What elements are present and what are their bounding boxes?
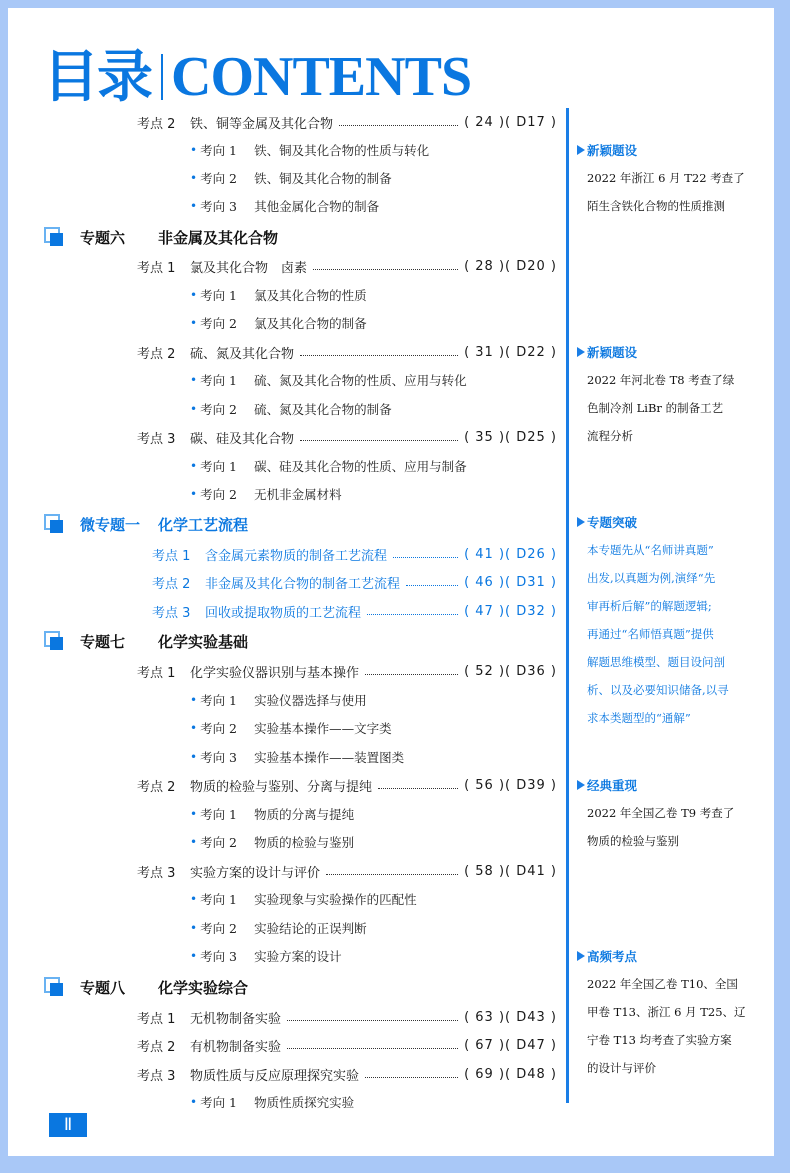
toc-kaodian[interactable]: 考点 2铁、铜等金属及其化合物( 24 )( D17 ) [137, 112, 557, 132]
leader-dots [287, 1020, 458, 1021]
pointer-triangle-icon [577, 780, 585, 790]
bullet-icon: • [190, 807, 197, 821]
bullet-icon: • [190, 487, 197, 501]
topic-squares-icon [44, 227, 66, 247]
toc-kaodian[interactable]: 考点 1无机物制备实验( 63 )( D43 ) [137, 1007, 557, 1027]
toc-kaoxiang[interactable]: •考向 3实验方案的设计 [190, 946, 342, 966]
leader-dots [339, 125, 458, 126]
pointer-triangle-icon [577, 347, 585, 357]
page-number: Ⅱ [49, 1113, 87, 1137]
bullet-icon: • [190, 199, 197, 213]
leader-dots [300, 440, 458, 441]
topic-squares-icon [44, 631, 66, 651]
toc-kaodian[interactable]: 考点 3回收或提取物质的工艺流程( 47 )( D32 ) [152, 601, 557, 621]
title-en: CONTENTS [171, 49, 471, 105]
leader-dots [326, 874, 458, 875]
toc-kaodian[interactable]: 考点 3物质性质与反应原理探究实验( 69 )( D48 ) [137, 1064, 557, 1084]
toc-kaoxiang[interactable]: •考向 1实验现象与实验操作的匹配性 [190, 889, 417, 909]
toc-kaoxiang[interactable]: •考向 3实验基本操作——装置图类 [190, 747, 404, 767]
bullet-icon: • [190, 750, 197, 764]
note-topic-breakthrough: 专题突破 本专题先从“名师讲真题”出发,以真题为例,演绎“先审再析后解”的解题逻… [578, 512, 758, 732]
leader-dots [365, 674, 458, 675]
toc-kaoxiang[interactable]: •考向 1硫、氮及其化合物的性质、应用与转化 [190, 370, 467, 390]
topic-squares-icon [44, 977, 66, 997]
toc-kaoxiang[interactable]: •考向 1碳、硅及其化合物的性质、应用与制备 [190, 456, 467, 476]
bullet-icon: • [190, 288, 197, 302]
note-new-design-1: 新颖题设 2022 年浙江 6 月 T22 考查了陌生含铁化合物的性质推测 [578, 140, 758, 220]
toc-kaoxiang[interactable]: •考向 1物质的分离与提纯 [190, 804, 354, 824]
toc-kaoxiang[interactable]: •考向 1氯及其化合物的性质 [190, 285, 367, 305]
bullet-icon: • [190, 316, 197, 330]
toc-kaoxiang[interactable]: •考向 3其他金属化合物的制备 [190, 196, 379, 216]
bullet-icon: • [190, 892, 197, 906]
sidebar-divider [566, 108, 569, 1103]
toc-kaoxiang[interactable]: •考向 1铁、铜及其化合物的性质与转化 [190, 140, 429, 160]
toc-topic-8[interactable]: 专题八化学实验综合 [44, 975, 248, 999]
bullet-icon: • [190, 143, 197, 157]
toc-kaodian[interactable]: 考点 1含金属元素物质的制备工艺流程( 41 )( D26 ) [152, 544, 557, 564]
bullet-icon: • [190, 921, 197, 935]
title-cn: 目录 [43, 49, 151, 105]
title-divider [161, 54, 163, 100]
toc-kaodian[interactable]: 考点 2非金属及其化合物的制备工艺流程( 46 )( D31 ) [152, 572, 557, 592]
toc-kaoxiang[interactable]: •考向 2硫、氮及其化合物的制备 [190, 399, 392, 419]
bullet-icon: • [190, 835, 197, 849]
toc-kaoxiang[interactable]: •考向 2物质的检验与鉴别 [190, 832, 354, 852]
leader-dots [287, 1048, 458, 1049]
bullet-icon: • [190, 1095, 197, 1109]
toc-kaoxiang[interactable]: •考向 1实验仪器选择与使用 [190, 690, 367, 710]
toc-topic-6[interactable]: 专题六非金属及其化合物 [44, 225, 278, 249]
note-classic-replay: 经典重现 2022 年全国乙卷 T9 考查了物质的检验与鉴别 [578, 775, 758, 855]
toc-kaodian[interactable]: 考点 1氯及其化合物 卤素( 28 )( D20 ) [137, 256, 557, 276]
pointer-triangle-icon [577, 951, 585, 961]
leader-dots [378, 788, 458, 789]
toc-micro-topic-1[interactable]: 微专题一化学工艺流程 [44, 512, 248, 536]
note-high-frequency: 高频考点 2022 年全国乙卷 T10、全国甲卷 T13、浙江 6 月 T25、… [578, 946, 758, 1082]
toc-kaodian[interactable]: 考点 2物质的检验与鉴别、分离与提纯( 56 )( D39 ) [137, 775, 557, 795]
toc-kaodian[interactable]: 考点 1化学实验仪器识别与基本操作( 52 )( D36 ) [137, 661, 557, 681]
leader-dots [313, 269, 458, 270]
leader-dots [300, 355, 458, 356]
toc-kaodian[interactable]: 考点 3碳、硅及其化合物( 35 )( D25 ) [137, 427, 557, 447]
leader-dots [406, 585, 458, 586]
leader-dots [393, 557, 458, 558]
toc-kaodian[interactable]: 考点 2硫、氮及其化合物( 31 )( D22 ) [137, 342, 557, 362]
bullet-icon: • [190, 949, 197, 963]
toc-kaoxiang[interactable]: •考向 2氯及其化合物的制备 [190, 313, 367, 333]
leader-dots [367, 614, 458, 615]
pointer-triangle-icon [577, 145, 585, 155]
toc-kaodian[interactable]: 考点 2有机物制备实验( 67 )( D47 ) [137, 1035, 557, 1055]
bullet-icon: • [190, 171, 197, 185]
bullet-icon: • [190, 402, 197, 416]
note-new-design-2: 新颖题设 2022 年河北卷 T8 考查了绿色制冷剂 LiBr 的制备工艺流程分… [578, 342, 758, 450]
bullet-icon: • [190, 459, 197, 473]
bullet-icon: • [190, 693, 197, 707]
toc-kaodian[interactable]: 考点 3实验方案的设计与评价( 58 )( D41 ) [137, 861, 557, 881]
leader-dots [365, 1077, 458, 1078]
pointer-triangle-icon [577, 517, 585, 527]
page-title: 目录 CONTENTS [43, 42, 471, 112]
bullet-icon: • [190, 721, 197, 735]
bullet-icon: • [190, 373, 197, 387]
toc-topic-7[interactable]: 专题七化学实验基础 [44, 629, 248, 653]
toc-kaoxiang[interactable]: •考向 2实验结论的正误判断 [190, 918, 367, 938]
toc-kaoxiang[interactable]: •考向 2实验基本操作——文字类 [190, 718, 392, 738]
toc-kaoxiang[interactable]: •考向 2铁、铜及其化合物的制备 [190, 168, 392, 188]
toc-kaoxiang[interactable]: •考向 1物质性质探究实验 [190, 1092, 354, 1112]
toc-kaoxiang[interactable]: •考向 2无机非金属材料 [190, 484, 342, 504]
topic-squares-icon [44, 514, 66, 534]
